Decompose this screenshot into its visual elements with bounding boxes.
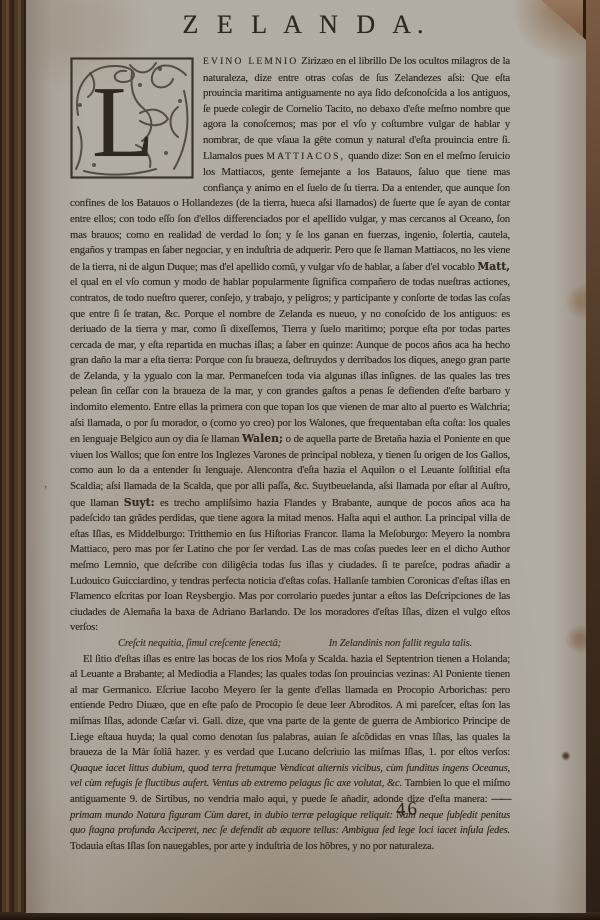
- gothic-word-walen: Walen;: [242, 432, 283, 445]
- woodcut-initial: L: [70, 57, 194, 179]
- body-text-segment: Todauia eſtas Iſlas ſon nauegables, por …: [70, 840, 434, 852]
- page-title: Z E L A N D A.: [26, 0, 586, 54]
- body-text-segment: El ſitio d'eſtas iſlas es entre las boca…: [70, 653, 510, 759]
- gothic-word-matt: Matt,: [477, 260, 510, 273]
- verse-left: Creſcit nequitia, ſimul creſcente ſenect…: [118, 636, 281, 652]
- author-name-smallcaps: EVINO LEMNIO: [203, 57, 298, 67]
- book-bottom-edge: [0, 912, 600, 920]
- verse-dash: ——: [491, 793, 510, 805]
- mattiacos-smallcaps: MATTIACOS,: [266, 152, 345, 162]
- gothic-word-suyt: Suyt:: [124, 496, 155, 509]
- book-fore-edge: [584, 0, 600, 920]
- margin-mark: ’: [44, 485, 47, 496]
- body-paragraph-2: El ſitio d'eſtas iſlas es entre las boca…: [70, 652, 510, 855]
- page-number: 46: [395, 798, 419, 821]
- body-paragraph-1: L EVINO LEMNIO Zirizæo en el librillo De…: [70, 54, 510, 636]
- page-paper: Z E L A N D A.: [26, 0, 586, 913]
- verse-couplet: Creſcit nequitia, ſimul creſcente ſenect…: [70, 636, 510, 652]
- body-text-segment: Zirizæo en el librillo De los ocultos mi…: [203, 55, 510, 162]
- latin-verse-sirtibus: primam mundo Natura figuram Cùm daret, i…: [70, 810, 510, 837]
- page-body: L EVINO LEMNIO Zirizæo en el librillo De…: [70, 54, 510, 854]
- dropcap-letter: L: [92, 66, 154, 179]
- book-gutter-pages: [0, 0, 30, 920]
- body-text-segment: el qual en el vſo comun y modo de hablar…: [70, 276, 510, 445]
- verse-right: In Zelandinis non fallit regula talis.: [329, 636, 472, 652]
- book-photo: Z E L A N D A.: [0, 0, 600, 920]
- body-text-segment: es trecho ampliſsimo hazia Flandes y Bra…: [70, 497, 510, 634]
